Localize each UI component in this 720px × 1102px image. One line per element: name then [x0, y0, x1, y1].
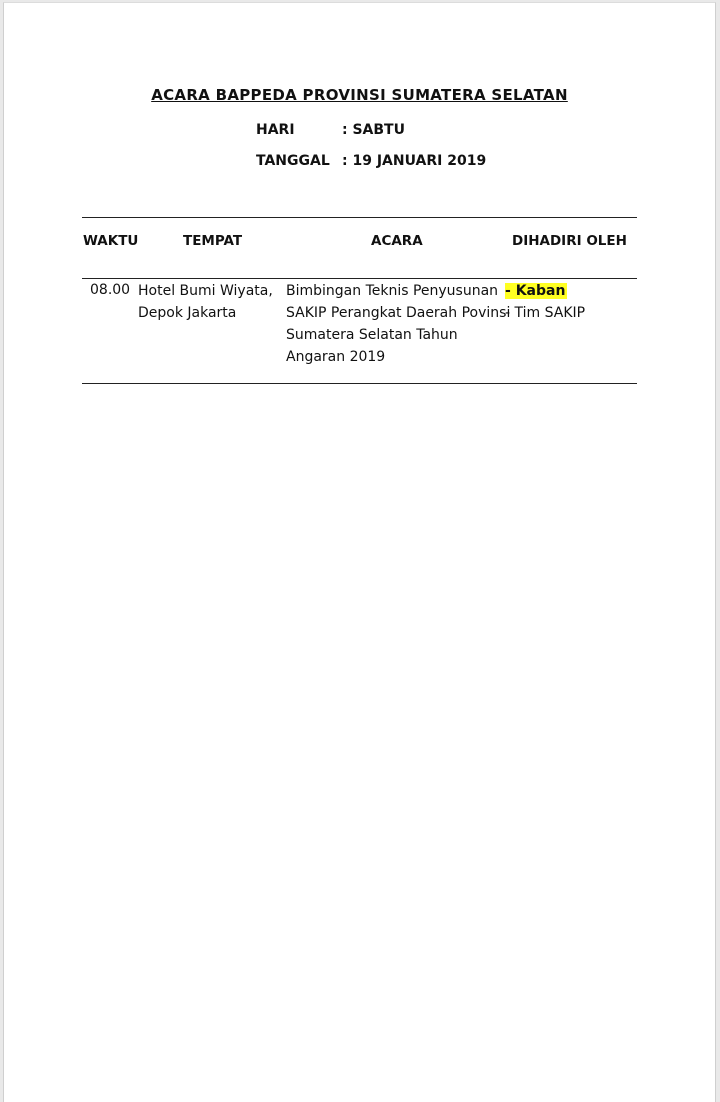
bullet-dash: - [505, 305, 515, 321]
meta-tanggal: TANGGAL: 19 JANUARI 2019 [256, 153, 486, 169]
bullet-dash: - [505, 283, 516, 299]
header-waktu: WAKTU [83, 233, 138, 249]
cell-waktu: 08.00 [90, 279, 130, 301]
header-dihadiri: DIHADIRI OLEH [512, 233, 627, 249]
document-title: ACARA BAPPEDA PROVINSI SUMATERA SELATAN [4, 86, 715, 104]
cell-dihadiri: - Kaban - Tim SAKIP [505, 280, 585, 324]
header-bottom-rule [82, 278, 637, 279]
table-bottom-rule [82, 383, 637, 384]
hari-label: HARI [256, 122, 342, 138]
tanggal-value: : 19 JANUARI 2019 [342, 153, 486, 169]
attendee-name: Kaban [516, 283, 566, 299]
meta-hari: HARI: SABTU [256, 122, 405, 138]
header-tempat: TEMPAT [183, 233, 242, 249]
attendee-item: - Kaban [505, 280, 585, 302]
cell-tempat: Hotel Bumi Wiyata, Depok Jakarta [138, 280, 273, 324]
cell-acara: Bimbingan Teknis Penyusunan SAKIP Perang… [286, 280, 510, 368]
attendee-name: Tim SAKIP [515, 305, 586, 321]
hari-value: : SABTU [342, 122, 405, 138]
tempat-line: Depok Jakarta [138, 302, 273, 324]
table-top-rule [82, 217, 637, 218]
header-acara: ACARA [371, 233, 423, 249]
tempat-line: Hotel Bumi Wiyata, [138, 280, 273, 302]
attendee-item: - Tim SAKIP [505, 302, 585, 324]
document-page: ACARA BAPPEDA PROVINSI SUMATERA SELATAN … [3, 2, 716, 1102]
acara-line: SAKIP Perangkat Daerah Povinsi [286, 302, 510, 324]
acara-line: Angaran 2019 [286, 346, 510, 368]
acara-line: Sumatera Selatan Tahun [286, 324, 510, 346]
acara-line: Bimbingan Teknis Penyusunan [286, 280, 510, 302]
tanggal-label: TANGGAL [256, 153, 342, 169]
